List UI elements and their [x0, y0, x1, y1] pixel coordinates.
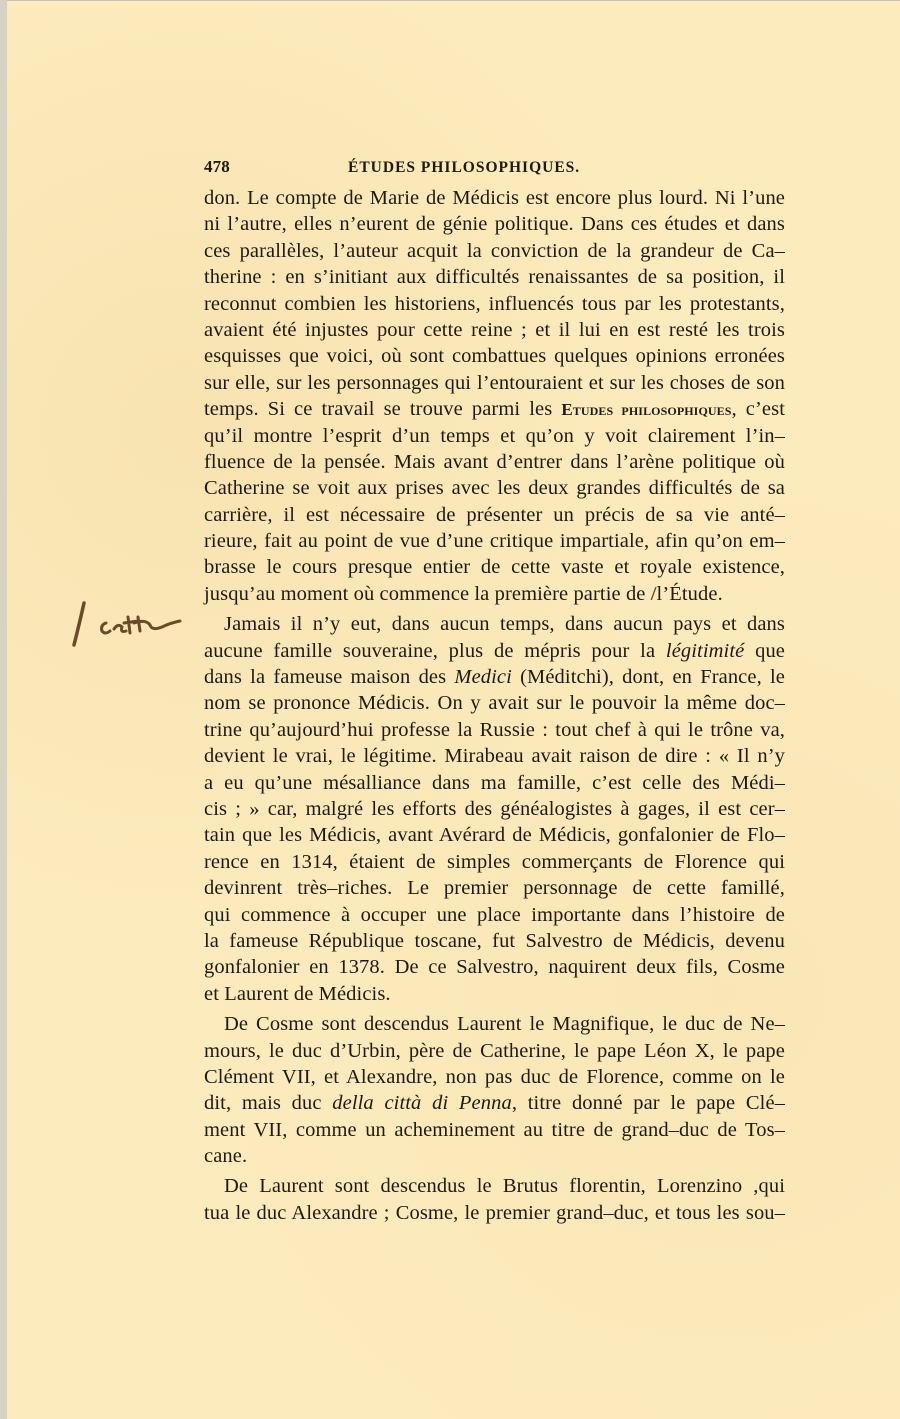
text-line: temps. Si ce travail se trouve parmi les…: [204, 396, 785, 422]
handwritten-margin-annotation: [62, 595, 192, 645]
line-text: nom se prononce Médicis. On y avait sur …: [204, 692, 785, 714]
text-line: et Laurent de Médicis.: [204, 981, 785, 1007]
line-text: , c’est: [732, 398, 785, 420]
text-line: nom se prononce Médicis. On y avait sur …: [204, 690, 785, 716]
text-line: ni l’autre, elles n’eurent de génie poli…: [204, 211, 785, 237]
italic-term: Medici: [454, 666, 512, 688]
text-line: la fameuse République toscane, fut Salve…: [204, 928, 785, 954]
text-line: cis ; » car, malgré les efforts des géné…: [204, 796, 785, 822]
line-text: avaient été injustes pour cette reine ; …: [204, 319, 785, 341]
line-text: reconnut combien les historiens, influen…: [204, 293, 785, 315]
line-text: devinrent très–riches. Le premier person…: [204, 877, 785, 899]
line-text: que: [744, 640, 785, 662]
line-text: Catherine se voit aux prises avec les de…: [204, 477, 785, 499]
text-line: jusqu’au moment où commence la première …: [204, 581, 785, 607]
text-line: Jamais il n’y eut, dans aucun temps, dan…: [204, 611, 785, 637]
text-line: Catherine se voit aux prises avec les de…: [204, 475, 785, 501]
line-text: Jamais il n’y eut, dans aucun temps, dan…: [224, 613, 785, 635]
line-text: fluence de la pensée. Mais avant d’entre…: [204, 451, 785, 473]
line-text: esquisses que voici, où sont combattues …: [204, 345, 785, 367]
line-text: (Méditchi), dont, en France, le: [512, 666, 785, 688]
line-text: sur elle, sur les personnages qui l’ento…: [204, 372, 785, 394]
text-line: don. Le compte de Marie de Médicis est e…: [204, 185, 785, 211]
line-text: qui commence à occuper une place importa…: [204, 904, 785, 926]
line-text: mours, le duc d’Urbin, père de Catherine…: [204, 1040, 785, 1062]
text-line: reconnut combien les historiens, influen…: [204, 291, 785, 317]
line-text: therine : en s’initiant aux difficultés …: [204, 266, 785, 288]
text-line: qui commence à occuper une place importa…: [204, 902, 785, 928]
text-line: devient le vrai, le légitime. Mirabeau a…: [204, 743, 785, 769]
page-number: 478: [204, 157, 348, 177]
text-line: brasse le cours presque entier de cette …: [204, 554, 785, 580]
page-text-block: 478 ÉTUDES PHILOSOPHIQUES. don. Le compt…: [204, 157, 785, 1226]
line-text: dans la fameuse maison des: [204, 666, 454, 688]
text-line: mours, le duc d’Urbin, père de Catherine…: [204, 1038, 785, 1064]
text-line: tua le duc Alexandre ; Cosme, le premier…: [204, 1200, 785, 1226]
line-text: tain que les Médicis, avant Avérard de M…: [204, 824, 785, 846]
line-text: , titre donné par le pape Clé–: [512, 1092, 785, 1114]
text-line: rence en 1314, étaient de simples commer…: [204, 849, 785, 875]
text-line: qu’il montre l’esprit d’un temps et qu’o…: [204, 423, 785, 449]
text-line: gonfalonier en 1378. De ce Salvestro, na…: [204, 954, 785, 980]
line-text: De Cosme sont descendus Laurent le Magni…: [224, 1013, 785, 1035]
text-line: aucune famille souveraine, plus de mépri…: [204, 638, 785, 664]
text-line: ces parallèles, l’auteur acquit la convi…: [204, 238, 785, 264]
text-line: therine : en s’initiant aux difficultés …: [204, 264, 785, 290]
text-line: carrière, il est nécessaire de présenter…: [204, 502, 785, 528]
line-text: rence en 1314, étaient de simples commer…: [204, 851, 785, 873]
line-text: brasse le cours presque entier de cette …: [204, 556, 785, 578]
line-text: gonfalonier en 1378. De ce Salvestro, na…: [204, 956, 785, 978]
line-text: temps. Si ce travail se trouve parmi les: [204, 398, 561, 420]
line-text: Clément VII, et Alexandre, non pas duc d…: [204, 1066, 785, 1088]
line-text: don. Le compte de Marie de Médicis est e…: [204, 187, 785, 209]
line-text: ces parallèles, l’auteur acquit la convi…: [204, 240, 785, 262]
text-line: dit, mais duc della città di Penna, titr…: [204, 1090, 785, 1116]
line-text: la fameuse République toscane, fut Salve…: [204, 930, 785, 952]
text-line: trine qu’aujourd’hui professe la Russie …: [204, 717, 785, 743]
handwritten-correction-icon: [62, 595, 192, 655]
text-line: rieure, fait au point de vue d’une criti…: [204, 528, 785, 554]
line-text: dit, mais duc: [204, 1092, 332, 1114]
line-text: aucune famille souveraine, plus de mépri…: [204, 640, 666, 662]
text-line: tain que les Médicis, avant Avérard de M…: [204, 822, 785, 848]
line-text: trine qu’aujourd’hui professe la Russie …: [204, 719, 785, 741]
text-line: esquisses que voici, où sont combattues …: [204, 343, 785, 369]
line-text: qu’il montre l’esprit d’un temps et qu’o…: [204, 425, 785, 447]
line-text: a eu qu’une mésalliance dans ma famille,…: [204, 772, 785, 794]
line-text: devient le vrai, le légitime. Mirabeau a…: [204, 745, 785, 767]
line-text: rieure, fait au point de vue d’une criti…: [204, 530, 785, 552]
text-line: De Laurent sont descendus le Brutus flor…: [204, 1173, 785, 1199]
text-line: fluence de la pensée. Mais avant d’entre…: [204, 449, 785, 475]
line-text: l’Étude.: [657, 583, 723, 605]
text-line: avaient été injustes pour cette reine ; …: [204, 317, 785, 343]
line-text: ment VII, comme un acheminement au titre…: [204, 1119, 785, 1141]
book-page: 478 ÉTUDES PHILOSOPHIQUES. don. Le compt…: [7, 0, 900, 1419]
text-line: cane.: [204, 1143, 785, 1169]
line-text: De Laurent sont descendus le Brutus flor…: [224, 1175, 785, 1197]
running-head: 478 ÉTUDES PHILOSOPHIQUES.: [204, 157, 785, 183]
text-line: De Cosme sont descendus Laurent le Magni…: [204, 1011, 785, 1037]
line-text: cis ; » car, malgré les efforts des géné…: [204, 798, 785, 820]
line-text: tua le duc Alexandre ; Cosme, le premier…: [204, 1202, 785, 1224]
line-text: carrière, il est nécessaire de présenter…: [204, 504, 785, 526]
running-title: ÉTUDES PHILOSOPHIQUES.: [348, 159, 580, 177]
text-line: a eu qu’une mésalliance dans ma famille,…: [204, 770, 785, 796]
body-text: don. Le compte de Marie de Médicis est e…: [204, 185, 785, 1226]
line-text: ni l’autre, elles n’eurent de génie poli…: [204, 213, 785, 235]
italic-term: légitimité: [666, 640, 744, 662]
text-line: sur elle, sur les personnages qui l’ento…: [204, 370, 785, 396]
line-text: cane.: [204, 1145, 247, 1167]
text-line: dans la fameuse maison des Medici (Médit…: [204, 664, 785, 690]
text-line: ment VII, comme un acheminement au titre…: [204, 1117, 785, 1143]
italic-term: della città di Penna: [332, 1092, 512, 1114]
line-text: et Laurent de Médicis.: [204, 983, 391, 1005]
text-line: devinrent très–riches. Le premier person…: [204, 875, 785, 901]
small-caps-title: Etudes philosophiques: [561, 400, 731, 419]
line-text: jusqu’au moment où commence la première …: [204, 583, 651, 605]
text-line: Clément VII, et Alexandre, non pas duc d…: [204, 1064, 785, 1090]
